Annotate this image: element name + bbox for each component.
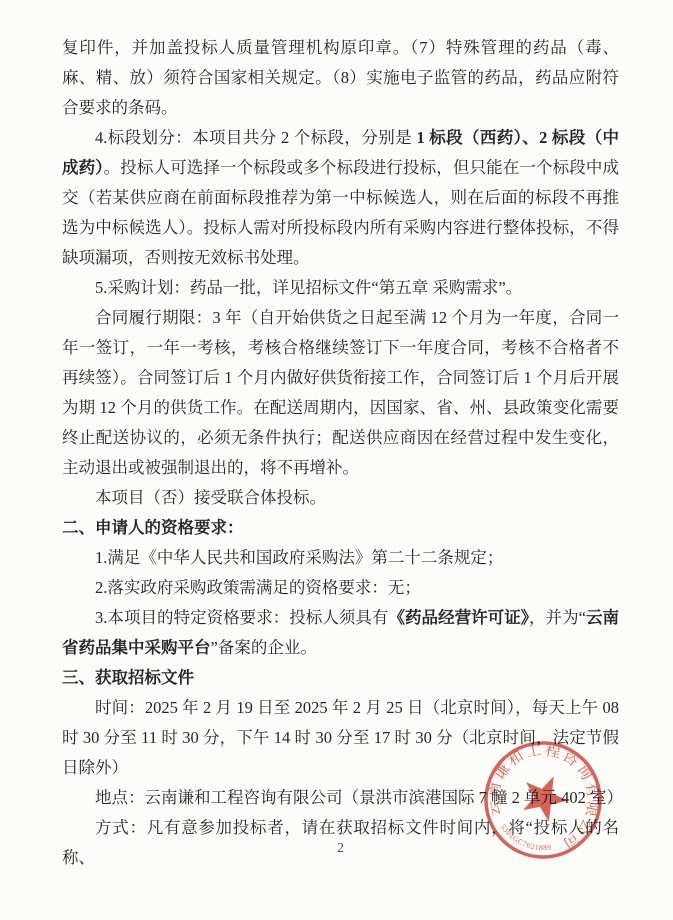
paragraph: 合同履行期限：3 年（自开始供货之日起至满 12 个月为一年度，合同一年一签订，…: [62, 303, 619, 483]
paragraph: 复印件，并加盖投标人质量管理机构原印章。（7）特殊管理的药品（毒、麻、精、放）须…: [62, 33, 619, 123]
paragraph: 5.采购计划：药品一批，详见招标文件“第五章 采购需求”。: [62, 273, 619, 303]
section-heading: 三、获取招标文件: [62, 663, 619, 693]
text-segment: 时间：2025 年 2 月 19 日至 2025 年 2 月 25 日（北京时间…: [62, 698, 619, 777]
paragraph: 时间：2025 年 2 月 19 日至 2025 年 2 月 25 日（北京时间…: [62, 693, 619, 783]
text-segment: 4.标段划分：本项目共分 2 个标段，分别是: [95, 128, 416, 147]
text-segment: 5.采购计划：药品一批，详见招标文件“第五章 采购需求”。: [95, 278, 522, 297]
text-segment: ，并为“: [529, 608, 586, 627]
text-segment: 二、申请人的资格要求：: [62, 518, 244, 537]
paragraph: 本项目（否）接受联合体投标。: [62, 483, 619, 513]
text-segment: 3.本项目的特定资格要求：投标人须具有: [95, 608, 388, 627]
page-number: 2: [62, 840, 619, 856]
text-segment: ”备案的企业。: [211, 638, 317, 657]
text-segment: 三、获取招标文件: [62, 668, 194, 687]
paragraph: 地点：云南谦和工程咨询有限公司（景洪市滨港国际 7 幢 2 单元 402 室）: [62, 783, 619, 813]
section-heading: 二、申请人的资格要求：: [62, 513, 619, 543]
text-segment: 。投标人可选择一个标段或多个标段进行投标，但只能在一个标段中成交（若某供应商在前…: [62, 158, 619, 267]
paragraph: 2.落实政府采购政策需满足的资格要求：无；: [62, 573, 619, 603]
text-segment: 《药品经营许可证》: [388, 608, 529, 627]
paragraph: 4.标段划分：本项目共分 2 个标段，分别是 1 标段（西药）、2 标段（中成药…: [62, 123, 619, 273]
text-segment: 2.落实政府采购政策需满足的资格要求：无；: [95, 578, 421, 597]
paragraph: 1.满足《中华人民共和国政府采购法》第二十二条规定；: [62, 543, 619, 573]
text-segment: 合同履行期限：3 年（自开始供货之日起至满 12 个月为一年度，合同一年一签订，…: [62, 308, 619, 477]
text-segment: 复印件，并加盖投标人质量管理机构原印章。（7）特殊管理的药品（毒、麻、精、放）须…: [62, 38, 619, 117]
text-segment: 地点：云南谦和工程咨询有限公司（景洪市滨港国际 7 幢 2 单元 402 室）: [95, 788, 623, 807]
paragraph: 3.本项目的特定资格要求：投标人须具有《药品经营许可证》，并为“云南省药品集中采…: [62, 603, 619, 663]
document-body: 复印件，并加盖投标人质量管理机构原印章。（7）特殊管理的药品（毒、麻、精、放）须…: [62, 33, 619, 873]
document-page: 复印件，并加盖投标人质量管理机构原印章。（7）特殊管理的药品（毒、麻、精、放）须…: [0, 0, 673, 920]
text-segment: 1.满足《中华人民共和国政府采购法》第二十二条规定；: [95, 548, 503, 567]
text-segment: 本项目（否）接受联合体投标。: [95, 488, 326, 507]
